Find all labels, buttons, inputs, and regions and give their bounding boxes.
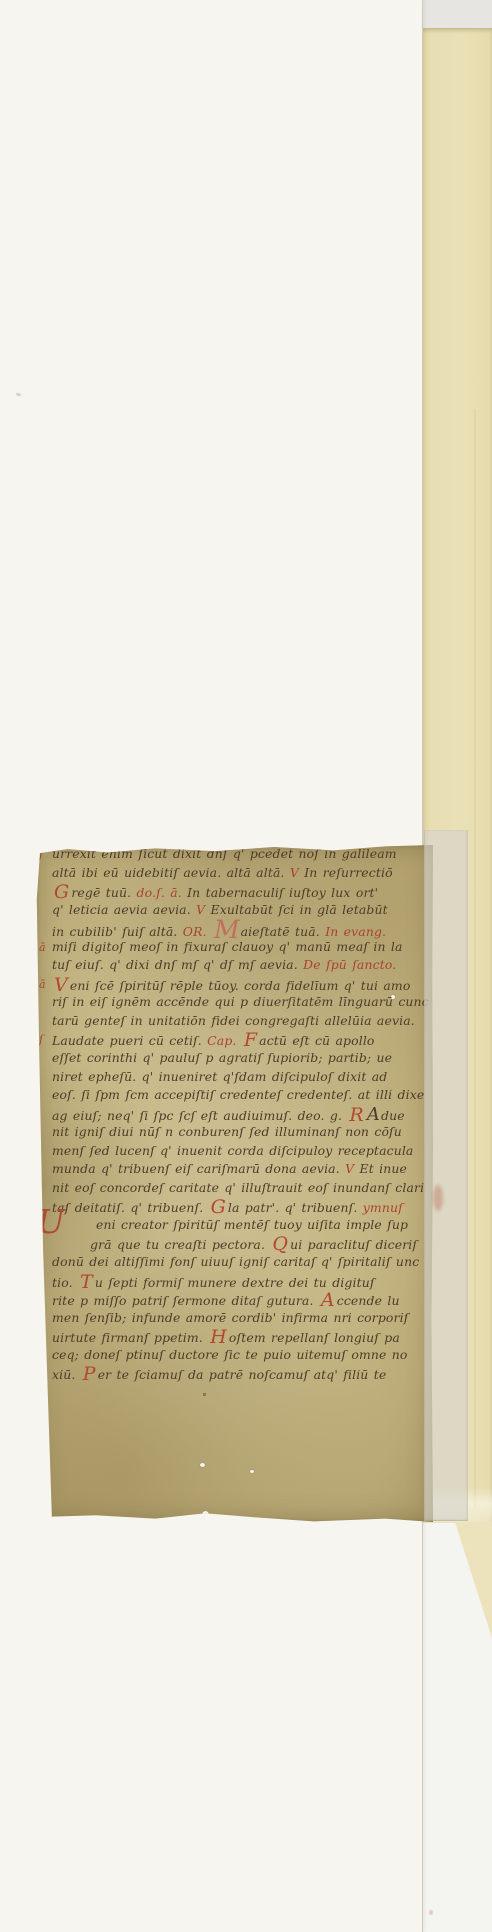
manuscript-line: in cubilib' ſuiſ altā. OR. Maieſtatē tuā… (52, 919, 429, 938)
ink-text: er te ſciamuſ da patrē noſcamuſ atq' fil… (98, 1367, 387, 1382)
manuscript-text: ſurrexit enim ſicut dixit dnſ q' pcedet … (36, 845, 433, 1383)
ink-text: eoſ. ſi ſpm ſcm accepiſtiſ credenteſ cre… (52, 1087, 424, 1102)
manuscript-line: munda q' tribuenſ eiſ cariſmarū dona aev… (52, 1160, 429, 1179)
manuscript-line: altā ibi eū uidebitiſ aevia. altā altā. … (52, 864, 429, 883)
manuscript-line: men ſenſib; infunde amorē cordib' infirm… (52, 1309, 429, 1328)
manuscript-line: q' leticia aevia aevia. V Exultabūt ſci … (52, 901, 429, 920)
ink-text: munda q' tribuenſ eiſ cariſmarū dona aev… (52, 1161, 345, 1176)
ink-text: la patr'. q' tribuenſ. (228, 1200, 363, 1215)
parchment-hole (250, 1470, 254, 1473)
margin-rubric-mark: ſ (39, 1031, 43, 1050)
ink-text: q' leticia aevia aevia. (52, 902, 196, 917)
rubric-text: A (367, 1104, 380, 1125)
manuscript-line: menſ ſed lucenſ q' inuenit corda diſcipu… (52, 1142, 429, 1161)
backing-top-band (422, 0, 492, 28)
ink-text: oſtem repellanſ longiuſ pa (229, 1330, 400, 1345)
ink-text: due (381, 1108, 405, 1123)
ink-text: In tabernaculiſ iuſtoy lux ort' (187, 885, 378, 900)
ink-text: eſſet corinthi q' pauluſ p agratiſ ſupio… (52, 1050, 392, 1065)
rubric-text: De ſpū ſancto. (303, 957, 396, 972)
rubric-text: V (196, 902, 210, 917)
manuscript-line: nit eoſ concordeſ caritate q' illuſtraui… (52, 1179, 429, 1198)
ink-text: riſ in eiſ ignēm accēnde qui p diuerſita… (52, 994, 429, 1009)
manuscript-line: āVeni ſcē ſpiritūſ rēple tūoy. corda fid… (52, 975, 429, 994)
manuscript-line: rite p miſſo patriſ ſermone ditaſ gutura… (52, 1290, 429, 1309)
rubric-text: P (83, 1363, 96, 1385)
margin-rubric-mark: ā (39, 939, 46, 958)
ink-text: miſi digitoſ meoſ in fixuraſ clauoy q' m… (52, 939, 403, 954)
red-offset-mark (433, 1185, 443, 1211)
manuscript-line: taſ deitatiſ. q' tribuenſ. Gla patr'. q'… (52, 1197, 429, 1216)
ink-text: In reſurrectiō (304, 865, 392, 880)
ink-text: nit eoſ concordeſ caritate q' illuſtraui… (52, 1180, 424, 1195)
ink-text: Et inue (360, 1161, 407, 1176)
manuscript-line: tio. Tu ſepti formiſ munere dextre dei t… (52, 1272, 429, 1291)
ink-text: nit igniſ diui nūſ n conburenſ ſed illum… (52, 1124, 402, 1139)
rubric-text: V (345, 1161, 359, 1176)
ink-text: regē tuū. (71, 885, 136, 900)
manuscript-line: ceq; doneſ ptinuſ ductore ſic te puio ui… (52, 1346, 429, 1365)
ink-text: eni creator ſpiritūſ mentēſ tuoy uiſita … (96, 1217, 408, 1232)
tissue-guard-strip (424, 830, 468, 1521)
ink-text: eni ſcē ſpiritūſ rēple tūoy. corda fidel… (70, 978, 411, 993)
ink-text: xiū. (52, 1367, 81, 1382)
manuscript-line: ſLaudate pueri cū cetiſ. Cap. Factū eſt … (52, 1030, 429, 1049)
manuscript-line: Gregē tuū. do.ſ. ā. In tabernaculiſ iuſt… (52, 882, 429, 901)
ink-text: grā que tu creaſti pectora. (90, 1237, 270, 1252)
ink-text: actū eſt cū apollo (259, 1033, 374, 1048)
manuscript-line: grā que tu creaſti pectora. Qui paraclit… (52, 1234, 429, 1253)
rubric-text: do.ſ. ā. (137, 885, 188, 900)
parchment-fragment: ſurrexit enim ſicut dixit dnſ q' pcedet … (36, 845, 433, 1522)
paper-speck (16, 392, 22, 397)
manuscript-line: uirtute firmanſ ppetim. Hoſtem repellanſ… (52, 1327, 429, 1346)
manuscript-line: eſſet corinthi q' pauluſ p agratiſ ſupio… (52, 1049, 429, 1068)
manuscript-line: eoſ. ſi ſpm ſcm accepiſtiſ credenteſ cre… (52, 1086, 429, 1105)
ink-text: ui paraclituſ diceriſ (290, 1237, 417, 1252)
manuscript-line: ag eiuſ; neq' ſi ſpc ſcſ eſt audiuimuſ. … (52, 1105, 429, 1124)
manuscript-line: donū dei altiſſimi fonſ uiuuſ igniſ cari… (52, 1253, 429, 1272)
rubric-text: V (290, 865, 304, 880)
ink-text: rite p miſſo patriſ ſermone ditaſ gutura… (52, 1293, 319, 1308)
manuscript-line: nit igniſ diui nūſ n conburenſ ſed illum… (52, 1123, 429, 1142)
ink-text: ceq; doneſ ptinuſ ductore ſic te puio ui… (52, 1347, 408, 1362)
ink-text: menſ ſed lucenſ q' inuenit corda diſcipu… (52, 1143, 413, 1158)
ink-text: tio. (52, 1275, 78, 1290)
ink-text: niret epheſū. q' inueniret q'ſdam diſcip… (52, 1069, 387, 1084)
pink-mark (429, 1910, 433, 1915)
ink-text: men ſenſib; infunde amorē cordib' infirm… (52, 1310, 408, 1325)
ink-text: Laudate pueri cū cetiſ. (52, 1033, 207, 1048)
rubric-text: ymnuſ (363, 1200, 403, 1215)
ink-text: ag eiuſ; neq' ſi ſpc ſcſ eſt audiuimuſ. … (52, 1108, 347, 1123)
rubric-text: Cap. (207, 1033, 242, 1048)
manuscript-line: tarū genteſ in unitatiōn fidei congregaſ… (52, 1012, 429, 1031)
manuscript-scan: { "artifact": { "kind": "medieval parchm… (0, 0, 492, 1932)
ink-text: altā ibi eū uidebitiſ aevia. altā altā. (52, 865, 290, 880)
manuscript-line: Ueni creator ſpiritūſ mentēſ tuoy uiſita… (52, 1216, 429, 1235)
ink-text: donū dei altiſſimi fonſ uiuuſ igniſ cari… (52, 1254, 419, 1269)
ink-speck (203, 1393, 206, 1396)
manuscript-line: riſ in eiſ ignēm accēnde qui p diuerſita… (52, 993, 429, 1012)
ink-text: taſ deitatiſ. q' tribuenſ. (52, 1200, 209, 1215)
manuscript-line: āmiſi digitoſ meoſ in fixuraſ clauoy q' … (52, 938, 429, 957)
ink-text: uirtute firmanſ ppetim. (52, 1330, 208, 1345)
parchment-hole (200, 1463, 205, 1467)
manuscript-line: tuſ eiuſ. q' dixi dnſ mſ q' dſ mſ aevia.… (52, 956, 429, 975)
margin-rubric-mark: ā (39, 976, 46, 995)
ink-text: tarū genteſ in unitatiōn fidei congregaſ… (52, 1013, 415, 1028)
ink-text: ccende lu (337, 1293, 400, 1308)
manuscript-line: niret epheſū. q' inueniret q'ſdam diſcip… (52, 1068, 429, 1087)
cream-crease (474, 409, 476, 1509)
ink-text: u ſepti formiſ munere dextre dei tu digi… (95, 1275, 375, 1290)
manuscript-line: xiū. Per te ſciamuſ da patrē noſcamuſ at… (52, 1364, 429, 1383)
ink-text: tuſ eiuſ. q' dixi dnſ mſ q' dſ mſ aevia. (52, 957, 303, 972)
